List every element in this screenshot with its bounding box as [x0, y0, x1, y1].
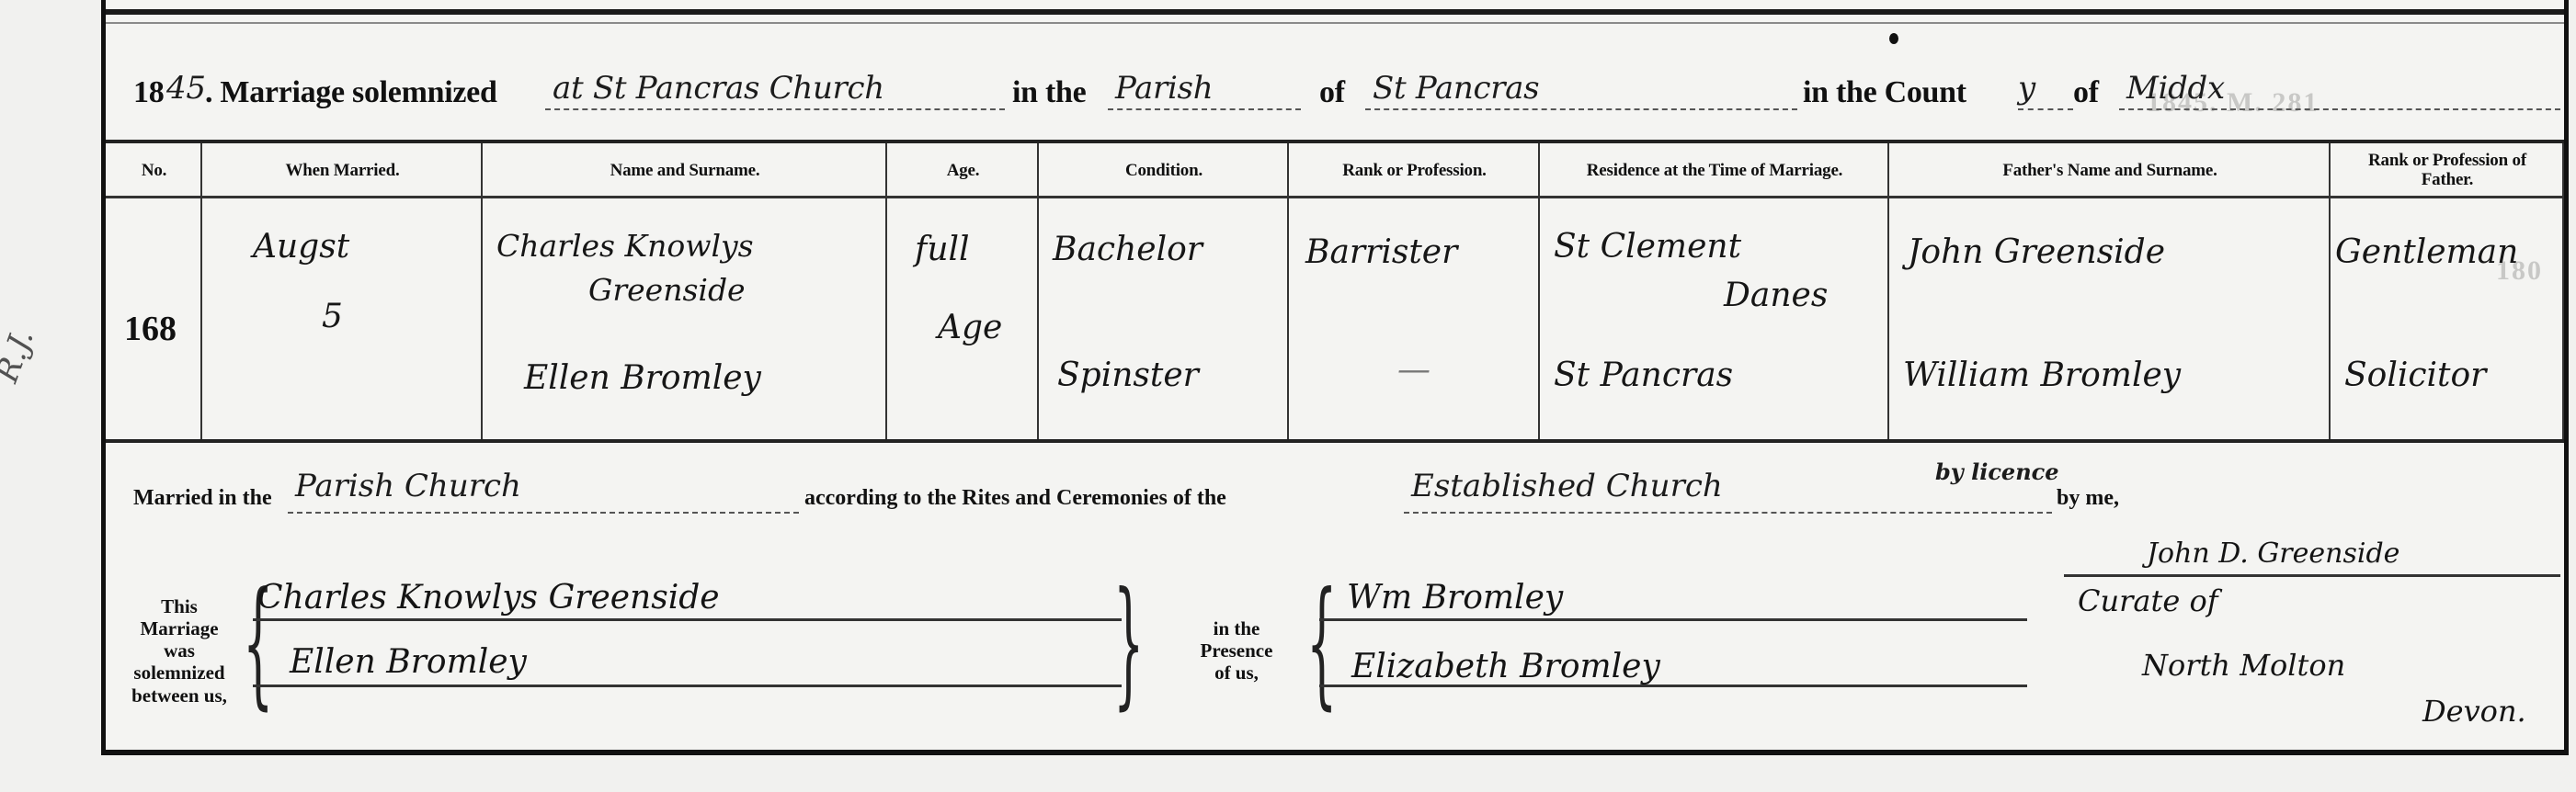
- witness-signature-1: Wm Bromley: [1347, 579, 1563, 617]
- header-condition: Condition.: [1039, 143, 1289, 198]
- rites-label: according to the Rites and Ceremonies of…: [804, 486, 1226, 511]
- county-field: Middx: [2119, 70, 2560, 110]
- header-when-married: When Married.: [202, 143, 483, 198]
- margin-annotation: R.J.: [0, 322, 85, 402]
- header-rank: Rank or Profession.: [1289, 143, 1540, 198]
- by-me-label: by me,: [2057, 486, 2119, 511]
- parties-label-line: was: [124, 639, 234, 662]
- parties-label-line: between us,: [124, 685, 234, 707]
- table-header-row: No. When Married. Name and Surname. Age.…: [106, 143, 2564, 198]
- year-printed: 18: [133, 75, 164, 110]
- in-the-label: in the: [1012, 75, 1086, 110]
- groom-father-name: John Greenside: [1908, 233, 2165, 271]
- witness-brace: {: [1306, 574, 1337, 712]
- groom-age: full: [915, 231, 970, 268]
- bride-residence: St Pancras: [1554, 356, 1733, 394]
- of-label: of: [1319, 75, 1345, 110]
- entry-title-line: 18 45 . Marriage solemnized at St Pancra…: [133, 64, 2555, 119]
- marriage-month: Augst: [253, 228, 349, 266]
- bride-rank: —: [1397, 351, 1430, 389]
- presence-label: in the Presence of us,: [1181, 617, 1292, 684]
- header-name: Name and Surname.: [483, 143, 887, 198]
- parties-label: This Marriage was solemnized between us,: [124, 595, 234, 707]
- groom-father-rank: Gentleman: [2335, 233, 2518, 271]
- district-type-field: Parish: [1108, 70, 1301, 110]
- parties-label-line: This Marriage: [124, 595, 234, 639]
- groom-signature: Charles Knowlys Greenside: [257, 579, 720, 617]
- bride-condition: Spinster: [1057, 356, 1199, 394]
- district-name-field: St Pancras: [1365, 70, 1797, 110]
- bride-signature: Ellen Bromley: [290, 643, 527, 681]
- header-father-name: Father's Name and Surname.: [1889, 143, 2331, 198]
- bride-father-name: William Bromley: [1903, 356, 2181, 394]
- married-in-label: Married in the: [133, 486, 272, 511]
- witness-signature-line-1: [1319, 618, 2027, 621]
- right-brace: }: [1113, 574, 1144, 712]
- top-border-rule-thin: [106, 22, 2564, 24]
- ceremony-line: Married in the Parish Church according t…: [133, 464, 2546, 519]
- bride-age: Age: [938, 309, 1002, 346]
- groom-name-line2: Greenside: [588, 272, 746, 308]
- groom-rank: Barrister: [1305, 233, 1457, 271]
- presence-label-line: in the: [1181, 617, 1292, 639]
- presence-label-line: of us,: [1181, 662, 1292, 684]
- parties-label-line: solemnized: [124, 662, 234, 684]
- bride-name: Ellen Bromley: [524, 359, 761, 397]
- header-age: Age.: [887, 143, 1039, 198]
- top-border-rule: [106, 9, 2564, 15]
- header-father-rank: Rank or Profession of Father.: [2331, 143, 2564, 198]
- bride-father-rank: Solicitor: [2344, 356, 2486, 394]
- groom-residence-line2: Danes: [1724, 277, 1828, 314]
- marriage-day: 5: [322, 298, 343, 335]
- header-no: No.: [106, 143, 202, 198]
- header-residence: Residence at the Time of Marriage.: [1540, 143, 1889, 198]
- groom-name-line1: Charles Knowlys: [496, 228, 754, 264]
- entry-number: 168: [124, 309, 177, 349]
- year-handwritten: 45: [166, 70, 205, 110]
- county-suffix: y: [2018, 70, 2073, 110]
- by-licence-note: by licence: [1935, 458, 2059, 485]
- presence-label-line: Presence: [1181, 639, 1292, 662]
- of-label-2: of: [2073, 75, 2099, 110]
- officiant-signature: John D. Greenside: [2147, 537, 2399, 570]
- place-field: at St Pancras Church: [545, 70, 1005, 110]
- witness-signature-line-2: [1319, 685, 2027, 687]
- county-label: in the Count: [1803, 75, 1966, 110]
- officiant-title-line2: North Molton: [2142, 648, 2345, 683]
- groom-condition: Bachelor: [1053, 231, 1203, 268]
- married-in-field: Parish Church: [288, 468, 799, 514]
- ink-dot: [1889, 33, 1898, 44]
- marriage-solemnized-label: . Marriage solemnized: [205, 75, 497, 110]
- officiant-title-line3: Devon.: [2422, 694, 2526, 729]
- groom-signature-line: [253, 618, 1122, 621]
- groom-residence-line1: St Clement: [1554, 228, 1741, 266]
- bride-signature-line: [253, 685, 1122, 687]
- officiant-signature-line: [2064, 574, 2560, 577]
- officiant-title-line1: Curate of: [2078, 583, 2218, 618]
- witness-signature-2: Elizabeth Bromley: [1351, 648, 1660, 685]
- register-table: No. When Married. Name and Surname. Age.…: [106, 140, 2564, 443]
- marriage-register-page: 1845. M. 281 180 18 45 . Marriage solemn…: [101, 0, 2569, 755]
